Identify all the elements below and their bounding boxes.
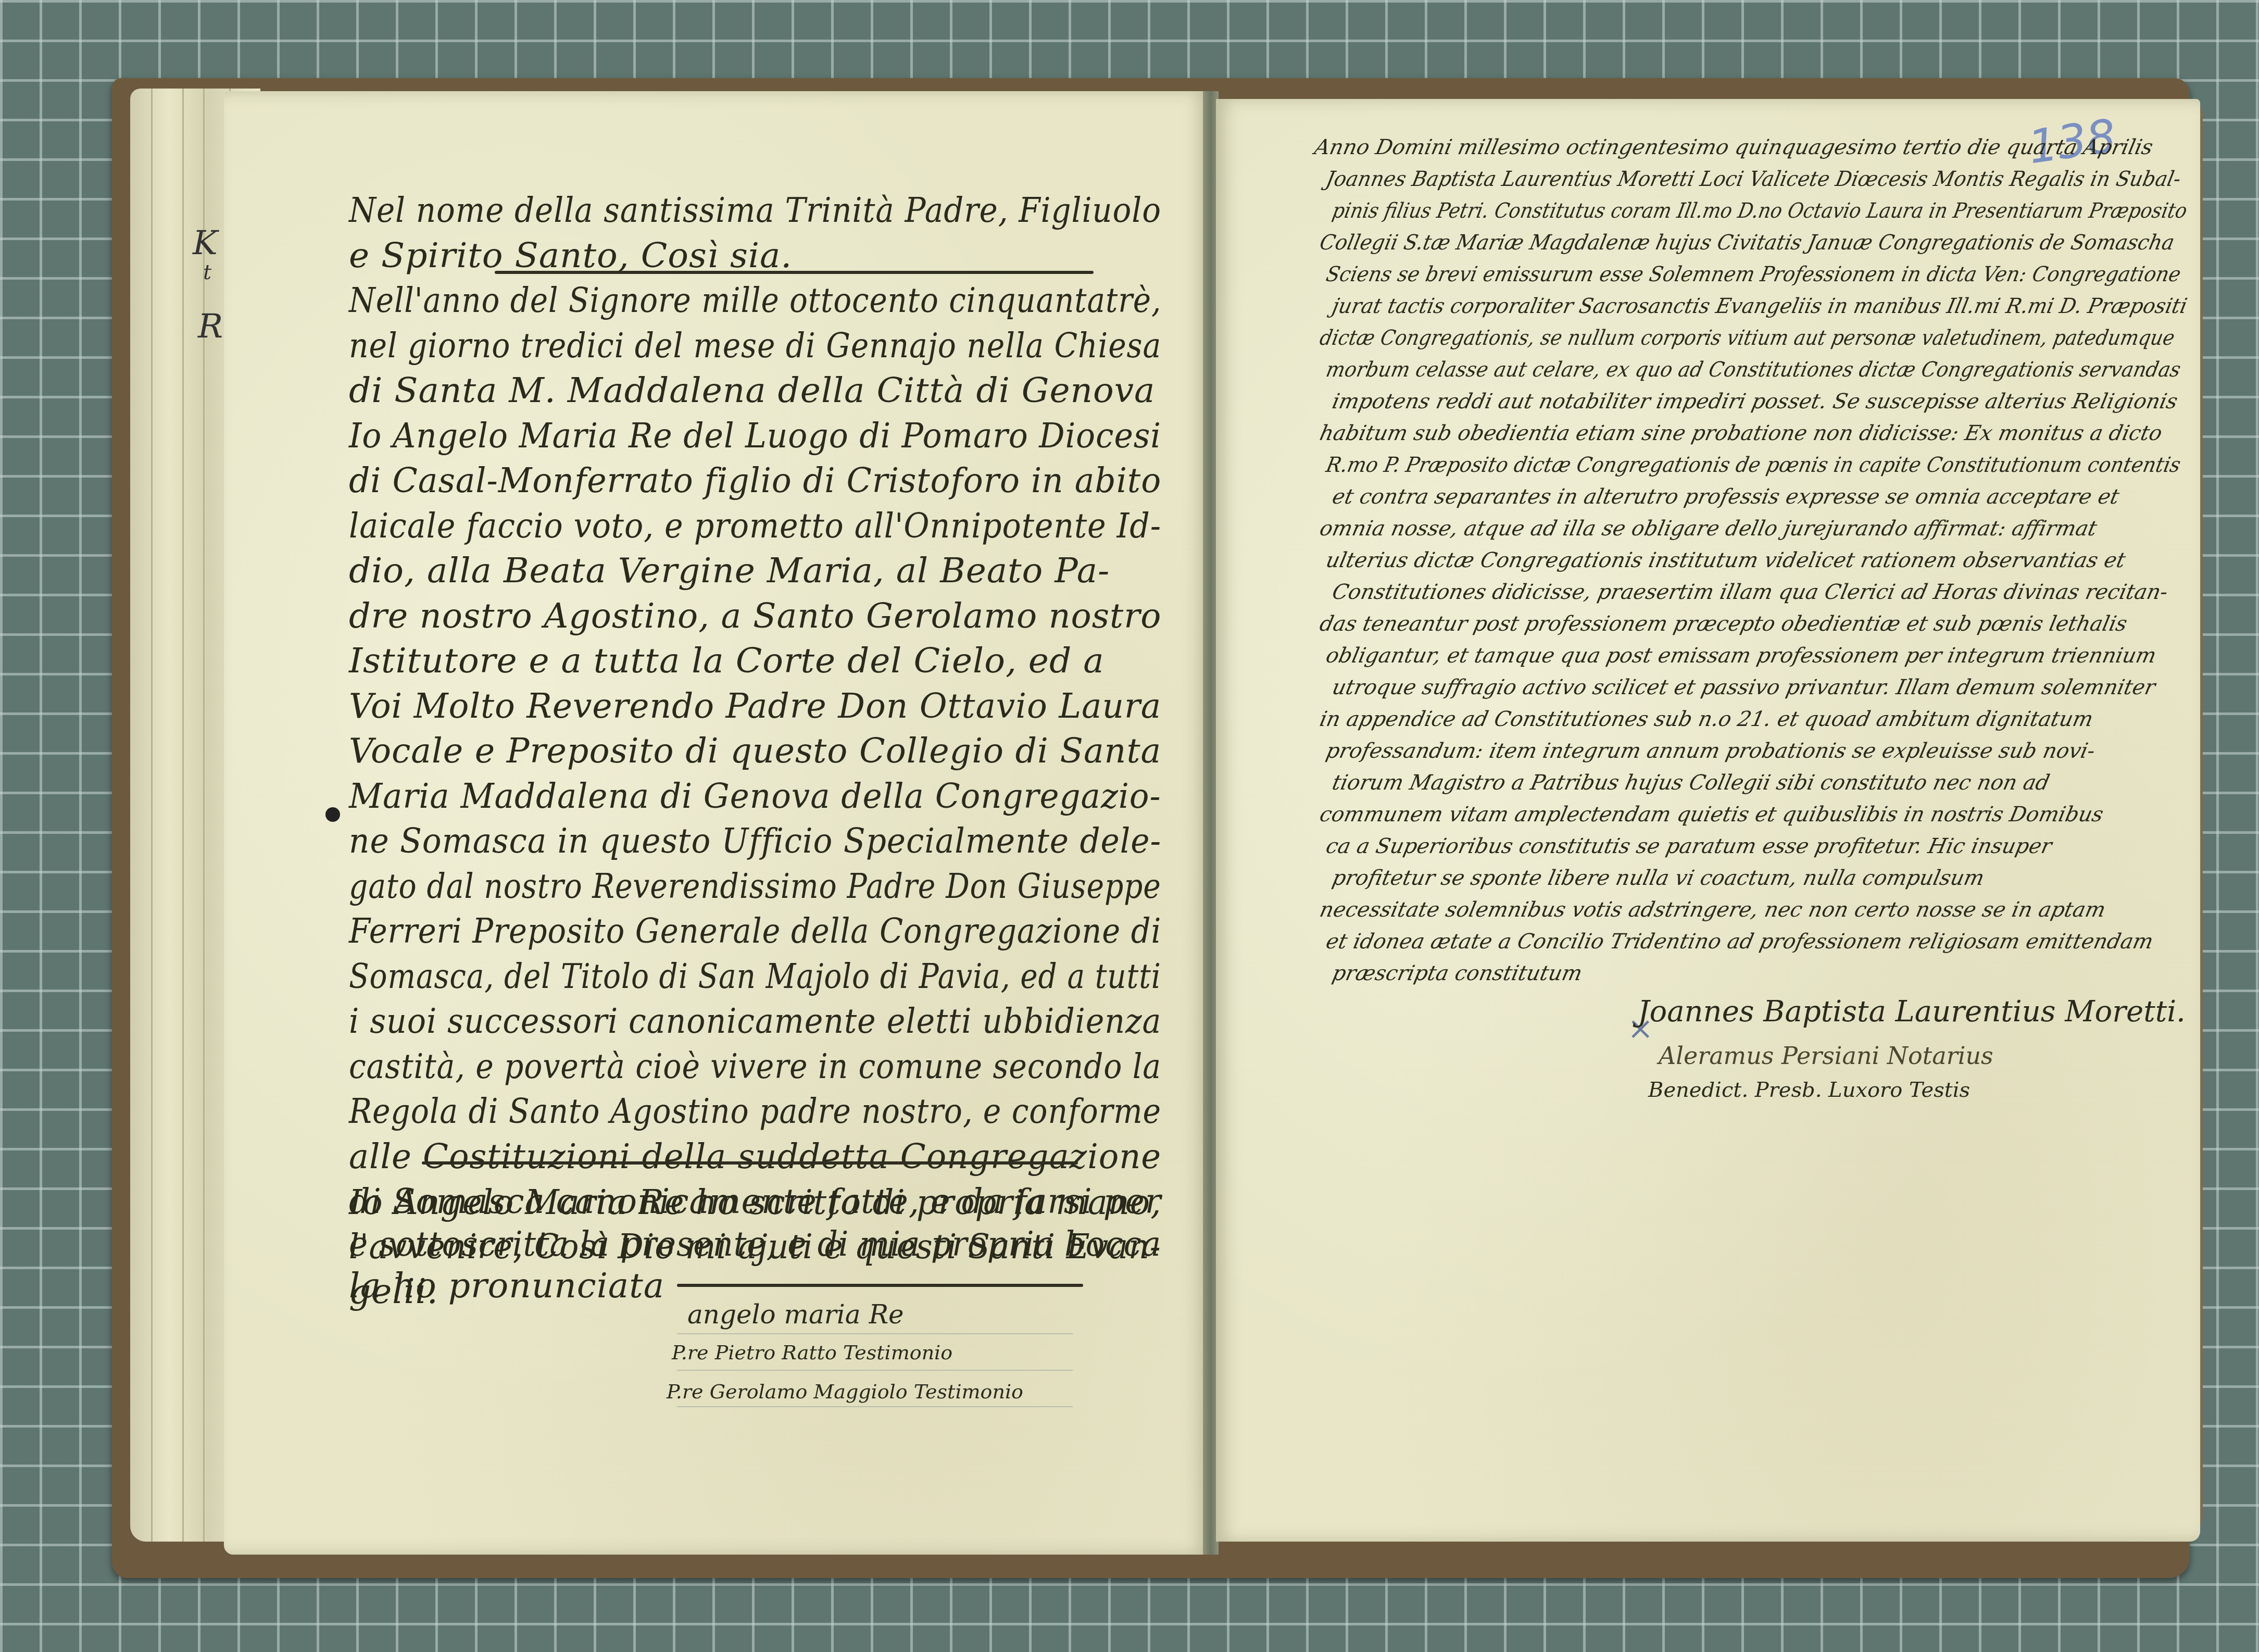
attestation-line: Io Angelo Maria Re ho scritto di propria… bbox=[349, 1182, 1161, 1222]
left-page: Nel nome della santissima Trinità Padre,… bbox=[224, 91, 1208, 1555]
manuscript-line: dictæ Congregationis, se nullum corporis… bbox=[1318, 326, 2177, 350]
manuscript-line: castità, e povertà cioè vivere in comune… bbox=[349, 1046, 1161, 1086]
manuscript-line: Anno Domini millesimo octingentesimo qui… bbox=[1312, 135, 2155, 159]
manuscript-line: et contra separantes in alterutro profes… bbox=[1330, 485, 2122, 509]
signature-professant: angelo maria Re bbox=[687, 1299, 904, 1330]
manuscript-line: nel giorno tredici del mese di Gennajo n… bbox=[349, 326, 1161, 366]
signature-line bbox=[677, 1333, 1073, 1334]
fragment-letter: t bbox=[203, 260, 211, 284]
manuscript-line: laicale faccio voto, e prometto all'Onni… bbox=[349, 506, 1161, 546]
margin-dot bbox=[325, 807, 340, 822]
manuscript-line: omnia nosse, atque ad illa se obligare d… bbox=[1317, 517, 2099, 541]
manuscript-line: morbum celasse aut celare, ex quo ad Con… bbox=[1324, 358, 2182, 382]
line-filler bbox=[422, 1161, 1078, 1165]
page-edge bbox=[182, 89, 184, 1542]
manuscript-line: et idonea ætate a Concilio Tridentino ad… bbox=[1324, 930, 2155, 954]
fragment-letter: R bbox=[198, 307, 223, 346]
manuscript-line: Sciens se brevi emissurum esse Solemnem … bbox=[1324, 262, 2183, 286]
manuscript-line: Joannes Baptista Laurentius Moretti Loci… bbox=[1324, 167, 2183, 191]
manuscript-line: habitum sub obedientia etiam sine probat… bbox=[1317, 421, 2164, 445]
fragment-letter: K bbox=[193, 224, 218, 262]
manuscript-line: in appendice ad Constitutiones sub n.o 2… bbox=[1317, 707, 2095, 731]
manuscript-line: Collegii S.tæ Mariæ Magdalenæ hujus Civi… bbox=[1317, 231, 2176, 255]
signature-notary: Aleramus Persiani Notarius bbox=[1659, 1042, 1993, 1070]
page-edge bbox=[151, 89, 153, 1542]
line-filler bbox=[495, 271, 1094, 274]
manuscript-line: das teneantur post professionem præcepto… bbox=[1317, 612, 2129, 636]
manuscript-line: di Santa M. Maddalena della Città di Gen… bbox=[349, 370, 1155, 410]
manuscript-line: Maria Maddalena di Genova della Congrega… bbox=[349, 776, 1161, 816]
manuscript-line: Ferreri Preposito Generale della Congreg… bbox=[349, 911, 1161, 951]
manuscript-line: alle Costituzioni della suddetta Congreg… bbox=[349, 1136, 1161, 1177]
manuscript-line: communem vitam amplectendam quietis et q… bbox=[1317, 803, 2105, 827]
page-edge bbox=[203, 89, 205, 1542]
manuscript-line: ulterius dictæ Congregationis institutum… bbox=[1324, 548, 2128, 572]
signature-professant: Joannes Baptista Laurentius Moretti. bbox=[1638, 995, 2186, 1029]
signature-witness: Benedict. Presb. Luxoro Testis bbox=[1648, 1078, 1970, 1102]
signature-line bbox=[677, 1370, 1073, 1371]
manuscript-line: Constitutiones didicisse, praesertim ill… bbox=[1330, 580, 2170, 604]
manuscript-line: Nell'anno del Signore mille ottocento ci… bbox=[349, 280, 1161, 320]
manuscript-line: Io Angelo Maria Re del Luogo di Pomaro D… bbox=[349, 416, 1161, 456]
manuscript-line: dre nostro Agostino, a Santo Gerolamo no… bbox=[349, 596, 1161, 636]
attestation-line: la ho pronunciata bbox=[349, 1266, 664, 1306]
manuscript-line: professandum: item integrum annum probat… bbox=[1324, 739, 2097, 763]
manuscript-line: ca a Superioribus constitutis se paratum… bbox=[1324, 834, 2054, 858]
manuscript-line: utroque suffragio activo scilicet et pas… bbox=[1330, 675, 2157, 699]
manuscript-line: præscripta constitutum bbox=[1330, 961, 1584, 985]
manuscript-line: Voi Molto Reverendo Padre Don Ottavio La… bbox=[349, 686, 1161, 726]
manuscript-line: jurat tactis corporaliter Sacrosanctis E… bbox=[1330, 294, 2189, 318]
manuscript-line: di Casal-Monferrato figlio di Cristoforo… bbox=[349, 460, 1161, 500]
signature-line bbox=[677, 1406, 1073, 1407]
manuscript-line: pinis filius Petri. Constitutus coram Il… bbox=[1331, 199, 2189, 223]
manuscript-line: i suoi successori canonicamente eletti u… bbox=[349, 1001, 1161, 1041]
manuscript-line: impotens reddi aut notabiliter impediri … bbox=[1330, 390, 2180, 414]
attestation-line: e sottoscritta la presente, e di mia pro… bbox=[349, 1224, 1161, 1264]
manuscript-line: Somasca, del Titolo di San Majolo di Pav… bbox=[349, 956, 1161, 996]
signature-witness-1: P.re Pietro Ratto Testimonio bbox=[672, 1341, 952, 1364]
manuscript-line: gato dal nostro Reverendissimo Padre Don… bbox=[349, 866, 1161, 906]
manuscript-line: necessitate solemnibus votis adstringere… bbox=[1317, 898, 2107, 922]
manuscript-line: obligantur, et tamque qua post emissam p… bbox=[1324, 644, 2158, 668]
manuscript-line: e Spirito Santo, Così sia. bbox=[349, 235, 792, 276]
manuscript-line: ne Somasca in questo Ufficio Specialment… bbox=[349, 821, 1161, 861]
manuscript-line: Istitutore e a tutta la Corte del Cielo,… bbox=[349, 641, 1105, 681]
manuscript-line: dio, alla Beata Vergine Maria, al Beato … bbox=[349, 550, 1110, 591]
manuscript-line: Regola di Santo Agostino padre nostro, e… bbox=[349, 1091, 1161, 1131]
right-page: 138 Anno Domini millesimo octingentesimo… bbox=[1216, 99, 2200, 1542]
manuscript-line: Vocale e Preposito di questo Collegio di… bbox=[349, 731, 1161, 771]
manuscript-line: tiorum Magistro a Patribus hujus Collegi… bbox=[1330, 771, 2052, 795]
manuscript-line: profitetur se sponte libere nulla vi coa… bbox=[1330, 866, 1987, 890]
manuscript-line: Nel nome della santissima Trinità Padre,… bbox=[349, 190, 1161, 230]
manuscript-line: R.mo P. Præposito dictæ Congregationis d… bbox=[1324, 453, 2182, 477]
signature-witness-2: P.re Gerolamo Maggiolo Testimonio bbox=[667, 1380, 1023, 1403]
line-filler bbox=[677, 1284, 1083, 1287]
